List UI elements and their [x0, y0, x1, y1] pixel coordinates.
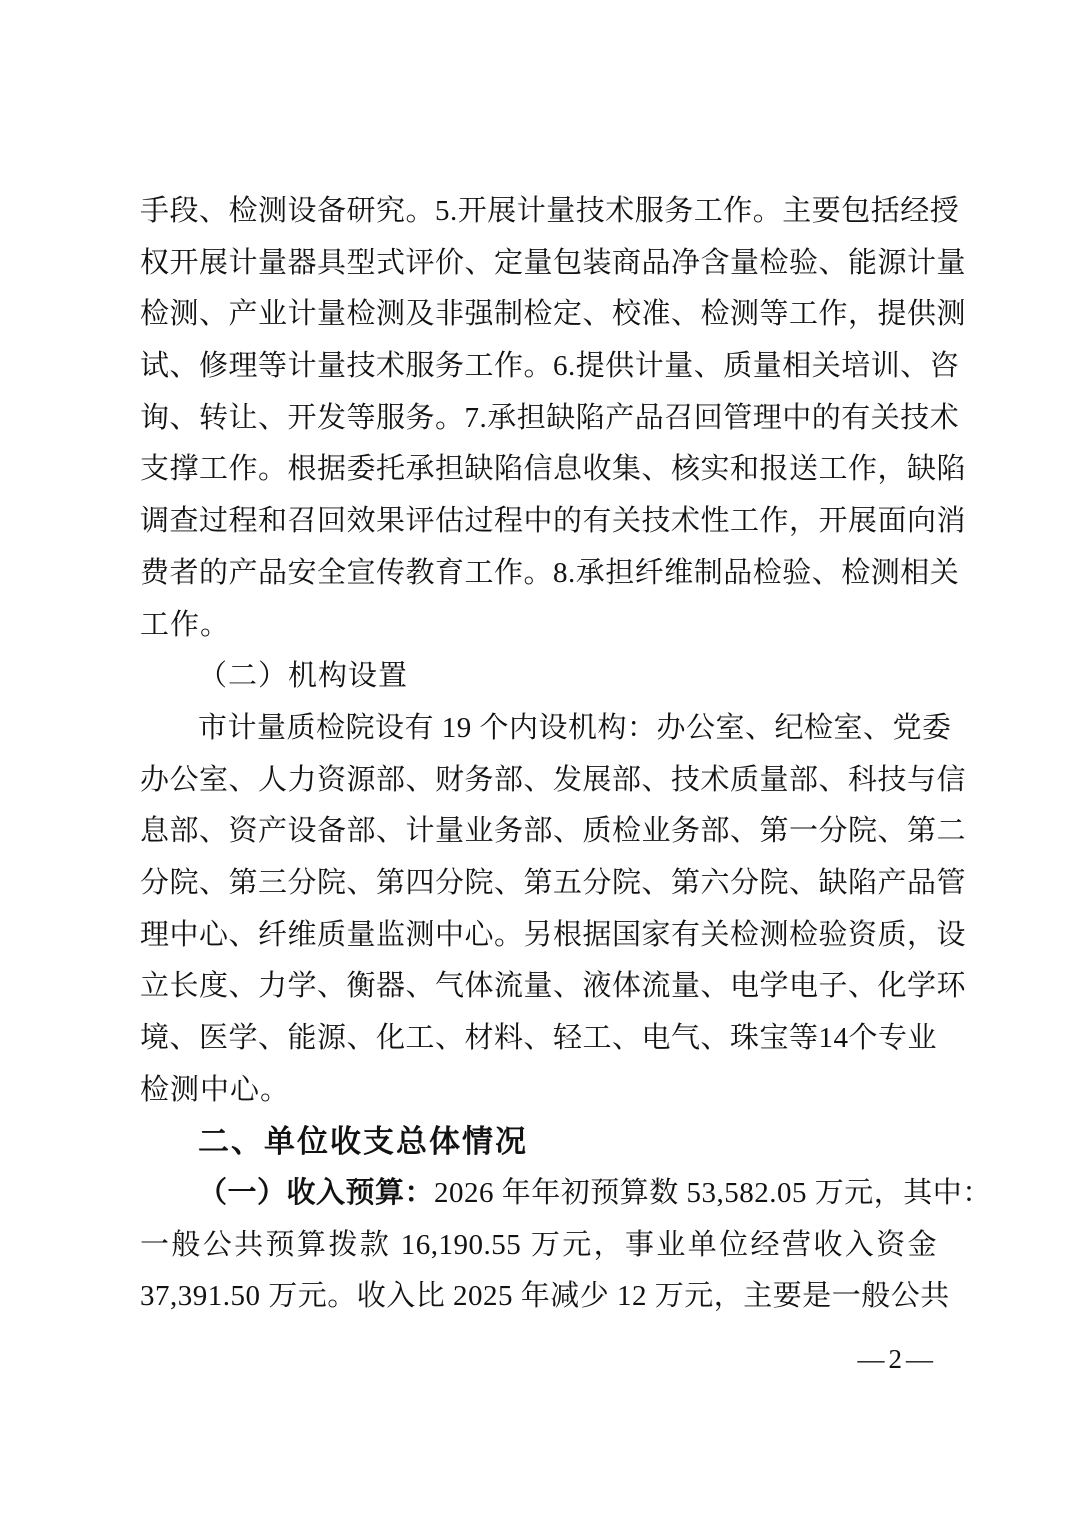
- body-line: 检测中心。: [140, 1065, 937, 1117]
- body-line: 一般公共预算拨款 16,190.55 万元，事业单位经营收入资金: [140, 1220, 937, 1272]
- body-line: 分院、第三分院、第四分院、第五分院、第六分院、缺陷产品管: [140, 858, 937, 910]
- body-line: 试、修理等计量技术服务工作。6.提供计量、质量相关培训、咨: [140, 341, 937, 393]
- section-heading-org-setup: （二）机构设置: [140, 651, 937, 703]
- body-line: 询、转让、开发等服务。7.承担缺陷产品召回管理中的有关技术: [140, 393, 937, 445]
- body-line: 支撑工作。根据委托承担缺陷信息收集、核实和报送工作，缺陷: [140, 444, 937, 496]
- body-line: 工作。: [140, 600, 937, 652]
- body-line: 37,391.50 万元。收入比 2025 年减少 12 万元，主要是一般公共: [140, 1271, 937, 1323]
- body-line: 理中心、纤维质量监测中心。另根据国家有关检测检验资质，设: [140, 910, 937, 962]
- document-page: 手段、检测设备研究。5.开展计量技术服务工作。主要包括经授 权开展计量器具型式评…: [0, 0, 1074, 1520]
- body-line: 手段、检测设备研究。5.开展计量技术服务工作。主要包括经授: [140, 186, 937, 238]
- body-line-income-budget: （一）收入预算：2026 年年初预算数 53,582.05 万元，其中：: [140, 1168, 937, 1220]
- document-text-block: 手段、检测设备研究。5.开展计量技术服务工作。主要包括经授 权开展计量器具型式评…: [140, 186, 937, 1323]
- body-line: 办公室、人力资源部、财务部、发展部、技术质量部、科技与信: [140, 755, 937, 807]
- body-line: 费者的产品安全宣传教育工作。8.承担纤维制品检验、检测相关: [140, 548, 937, 600]
- body-line: 息部、资产设备部、计量业务部、质检业务部、第一分院、第二: [140, 806, 937, 858]
- section-heading-budget-overview: 二、单位收支总体情况: [140, 1116, 937, 1168]
- body-line: 权开展计量器具型式评价、定量包装商品净含量检验、能源计量: [140, 238, 937, 290]
- income-budget-text: 2026 年年初预算数 53,582.05 万元，其中：: [434, 1177, 992, 1209]
- income-budget-label: （一）收入预算：: [198, 1177, 434, 1209]
- body-line: 调查过程和召回效果评估过程中的有关技术性工作，开展面向消: [140, 496, 937, 548]
- body-line: 市计量质检院设有 19 个内设机构：办公室、纪检室、党委: [140, 703, 937, 755]
- body-line: 立长度、力学、衡器、气体流量、液体流量、电学电子、化学环: [140, 961, 937, 1013]
- body-line: 检测、产业计量检测及非强制检定、校准、检测等工作，提供测: [140, 289, 937, 341]
- body-line: 境、医学、能源、化工、材料、轻工、电气、珠宝等14个专业: [140, 1013, 937, 1065]
- page-number: —2—: [858, 1344, 938, 1375]
